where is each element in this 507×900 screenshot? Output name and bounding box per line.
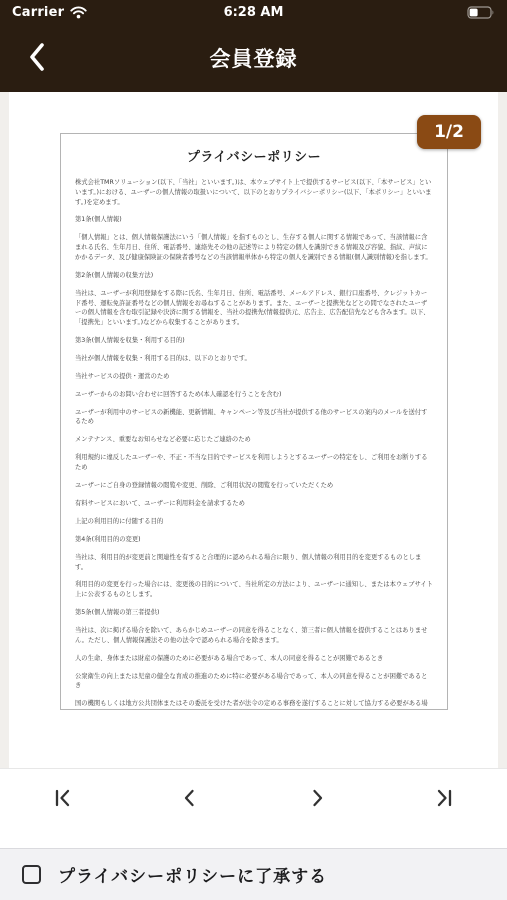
- policy-paragraph: ユーザーからのお問い合わせに回答するため(本人確認を行うことを含む): [75, 390, 433, 400]
- policy-paragraph: 「個人情報」とは、個人情報保護法にいう「個人情報」を指すものとし、生存する個人に…: [75, 233, 433, 262]
- policy-paragraph: 第1条(個人情報): [75, 215, 433, 225]
- policy-paragraph: 公衆衛生の向上または児童の健全な育成の推進のために特に必要がある場合であって、本…: [75, 672, 433, 692]
- policy-paragraph: 第4条(利用目的の変更): [75, 535, 433, 545]
- previous-page-button[interactable]: [177, 787, 203, 813]
- battery-icon: [467, 6, 495, 19]
- privacy-agree-label: プライバシーポリシーに了承する: [58, 862, 327, 887]
- wifi-icon: [70, 6, 87, 19]
- policy-paragraph: 株式会社TMRソリューション(以下、「当社」といいます。)は、本ウェブサイト上で…: [75, 178, 433, 207]
- policy-paragraph: 第2条(個人情報の収集方法): [75, 271, 433, 281]
- policy-paragraph: ユーザーが利用中のサービスの新機能、更新情報、キャンペーン等及び当社が提供する他…: [75, 408, 433, 428]
- policy-paragraph: 当社サービスの提供・運営のため: [75, 372, 433, 382]
- policy-paragraph: 当社は、利用目的が変更前と関連性を有すると合理的に認められる場合に限り、個人情報…: [75, 553, 433, 573]
- policy-paragraph: 第5条(個人情報の第三者提供): [75, 608, 433, 618]
- document-body: 株式会社TMRソリューション(以下、「当社」といいます。)は、本ウェブサイト上で…: [75, 178, 433, 710]
- chevron-bar-left-icon: [51, 786, 75, 813]
- policy-paragraph: 当社は、次に掲げる場合を除いて、あらかじめユーザーの同意を得ることなく、第三者に…: [75, 626, 433, 646]
- policy-paragraph: ユーザーにご自身の登録情報の閲覧や変更、削除、ご利用状況の閲覧を行っていただくた…: [75, 481, 433, 491]
- policy-paragraph: 利用目的の変更を行った場合には、変更後の目的について、当社所定の方法により、ユー…: [75, 580, 433, 600]
- agreement-bar[interactable]: プライバシーポリシーに了承する: [0, 848, 507, 900]
- pager-toolbar: [0, 768, 507, 848]
- policy-paragraph: 国の機関もしくは地方公共団体またはその委託を受けた者が法令の定める事務を遂行する…: [75, 699, 433, 710]
- last-page-button[interactable]: [431, 787, 457, 813]
- policy-paragraph: 上記の利用目的に付随する目的: [75, 517, 433, 527]
- policy-paragraph: メンテナンス、重要なお知らせなど必要に応じたご連絡のため: [75, 435, 433, 445]
- chevron-right-icon: [305, 786, 329, 813]
- nav-bar: 会員登録: [0, 24, 507, 92]
- status-bar: Carrier 6:28 AM: [0, 0, 507, 24]
- privacy-agree-checkbox[interactable]: [22, 865, 41, 884]
- document-title: プライバシーポリシー: [75, 146, 433, 165]
- document-page: プライバシーポリシー 株式会社TMRソリューション(以下、「当社」といいます。)…: [60, 133, 448, 710]
- page-title: 会員登録: [210, 43, 298, 73]
- page-indicator-badge: 1/2: [417, 115, 481, 149]
- back-button[interactable]: [14, 34, 58, 82]
- chevron-left-icon: [27, 42, 45, 75]
- carrier-label: Carrier: [12, 5, 64, 20]
- policy-paragraph: 当社が個人情報を収集・利用する目的は、以下のとおりです。: [75, 354, 433, 364]
- next-page-button[interactable]: [304, 787, 330, 813]
- chevron-bar-right-icon: [432, 786, 456, 813]
- first-page-button[interactable]: [50, 787, 76, 813]
- policy-paragraph: 利用規約に違反したユーザーや、不正・不当な目的でサービスを利用しようとするユーザ…: [75, 453, 433, 473]
- policy-paragraph: 第3条(個人情報を収集・利用する目的): [75, 336, 433, 346]
- document-viewer[interactable]: 1/2 プライバシーポリシー 株式会社TMRソリューション(以下、「当社」といい…: [0, 92, 507, 768]
- policy-paragraph: 人の生命、身体または財産の保護のために必要がある場合であって、本人の同意を得るこ…: [75, 654, 433, 664]
- policy-paragraph: 当社は、ユーザーが利用登録をする際に氏名、生年月日、住所、電話番号、メールアドレ…: [75, 289, 433, 328]
- chevron-left-icon: [178, 786, 202, 813]
- policy-paragraph: 有料サービスにおいて、ユーザーに利用料金を請求するため: [75, 499, 433, 509]
